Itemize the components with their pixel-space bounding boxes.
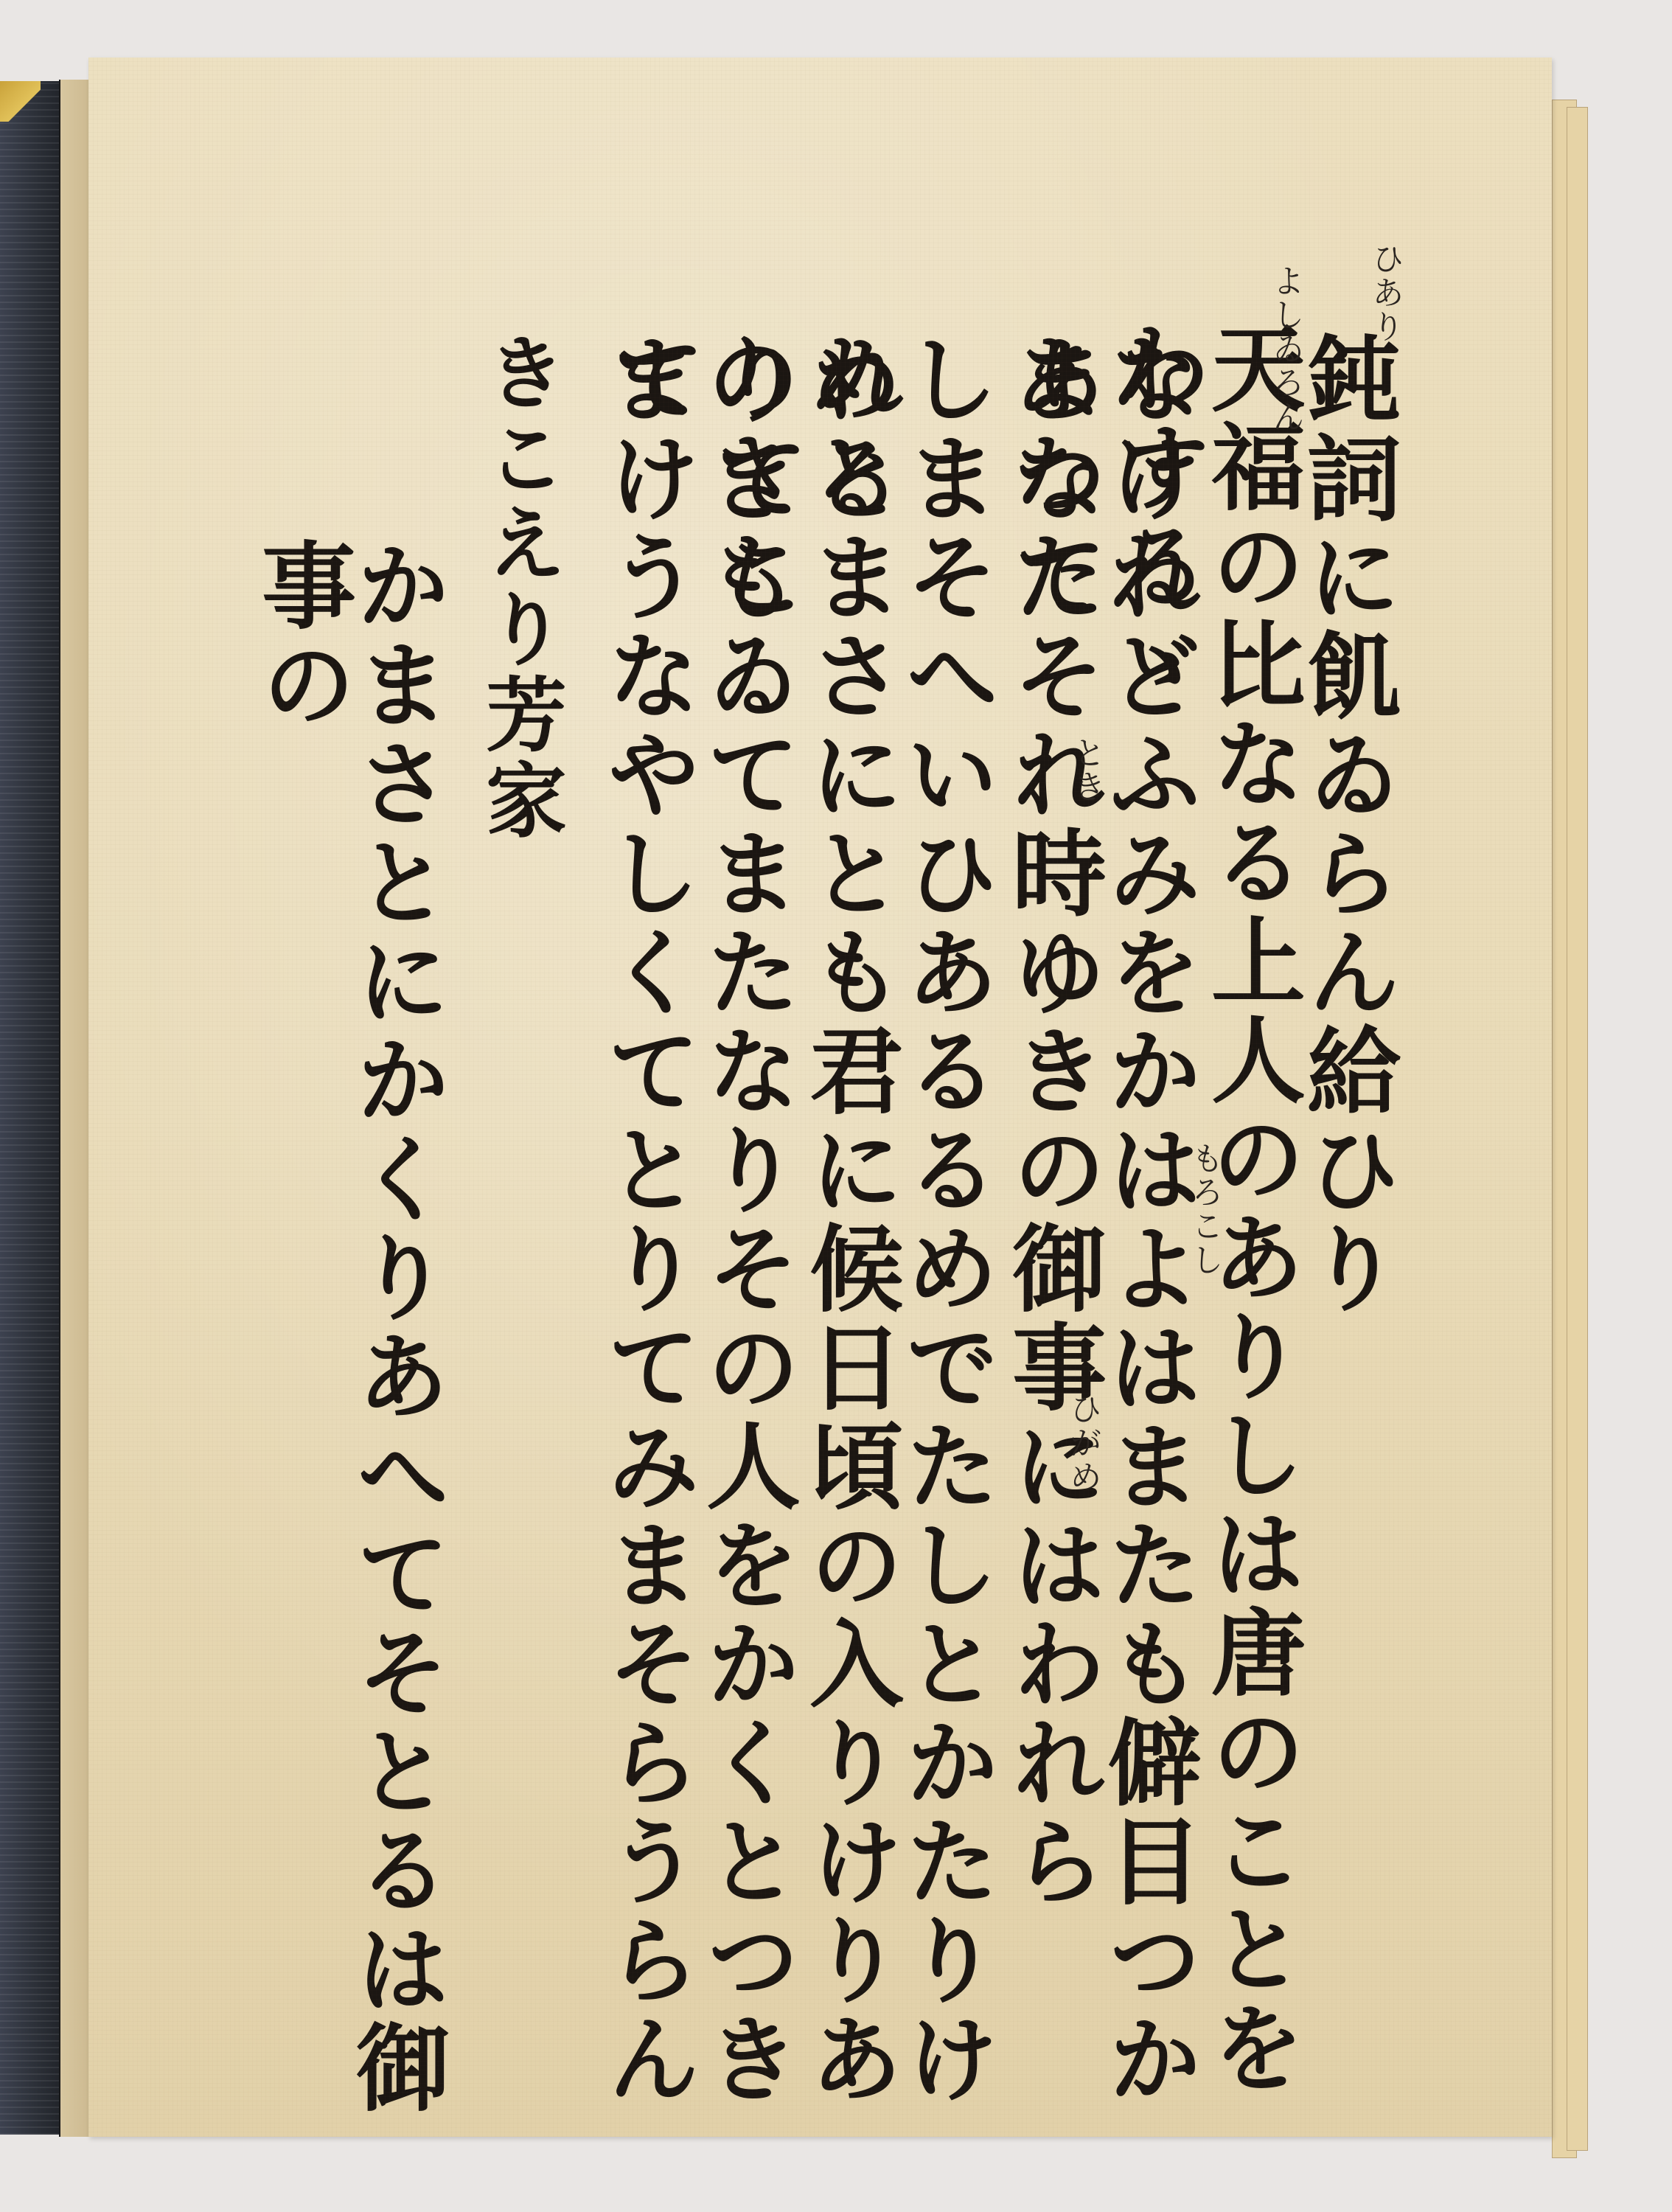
text-column-1: 鈍詞に飢ゐらん給ひり — [1299, 330, 1393, 1318]
manuscript-page: 鈍詞に飢ゐらん給ひり 天福の比なる上人のありしは唐のことをわするゝ なけれどふみ… — [88, 58, 1552, 2137]
book-cover-fabric — [0, 81, 59, 2135]
gloss-reading-3: もろこし — [1180, 1141, 1227, 1277]
gloss-reading-4: ひがめ — [1059, 1392, 1106, 1494]
text-column-10: かまさとにかくりあへてそとるは御事の — [254, 537, 442, 2137]
text-column-4: あなたそれ時ゆきの御事にはわれら — [1004, 330, 1098, 1911]
text-column-8: まけうなやしくてとりてみまそらうらん — [599, 330, 693, 2109]
gloss-reading-2: ひあり — [1361, 242, 1408, 344]
gilt-corner-ornament — [0, 81, 41, 122]
gloss-reading-5: とき — [1062, 736, 1110, 804]
gloss-reading-1: よしゐろん — [1261, 264, 1309, 434]
text-column-9: きこえり芳家 — [479, 330, 560, 844]
page-stack-edge-2 — [1567, 107, 1588, 2151]
